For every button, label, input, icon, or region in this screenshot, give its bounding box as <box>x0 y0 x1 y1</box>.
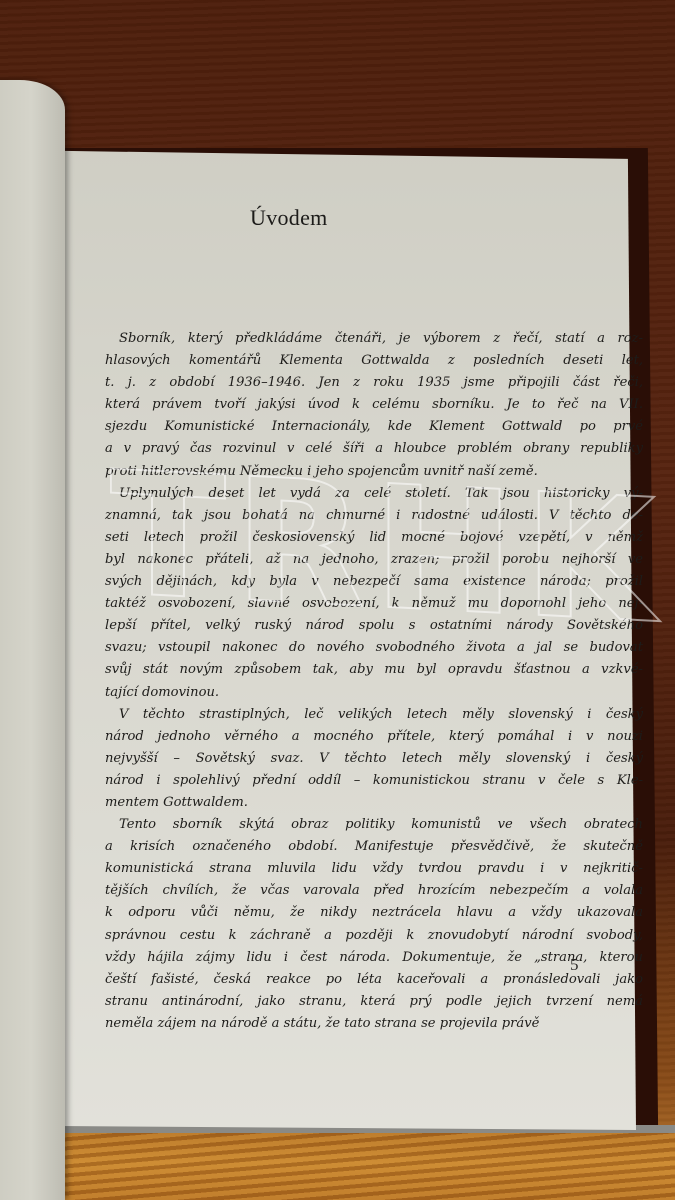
text-line: Tento sborník skýtá obraz politiky komun… <box>105 814 643 836</box>
text-line: svůj stát novým způsobem tak, aby mu byl… <box>105 659 643 681</box>
paragraph: Tento sborník skýtá obraz politiky komun… <box>105 814 643 1035</box>
text-line: která právem tvoří jakýsi úvod k celému … <box>105 394 643 416</box>
paragraph: V těchto strastiplných, leč velikých let… <box>105 704 643 814</box>
text-line: a v pravý čas rozvinul v celé šíři a hlo… <box>105 438 643 460</box>
text-line: stranu antinárodní, jako stranu, která p… <box>105 991 643 1013</box>
text-line: komunistická strana mluvila lidu vždy tv… <box>105 858 643 880</box>
text-line: t. j. z období 1936–1946. Jen z roku 193… <box>105 372 643 394</box>
paragraph: Uplynulých deset let vydá za celé stolet… <box>105 483 643 704</box>
text-line: tějších chvílích, že včas varovala před … <box>105 880 643 902</box>
text-line: čeští fašisté, česká reakce po léta kace… <box>105 969 643 991</box>
text-line: národ jednoho věrného a mocného přítele,… <box>105 726 643 748</box>
text-line: nejvyšší – Sovětský svaz. V těchto letec… <box>105 748 643 770</box>
text-line: správnou cestu k záchraně a později k zn… <box>105 925 643 947</box>
paragraph: Sborník, který předkládáme čtenáři, je v… <box>105 328 643 483</box>
text-line: sjezdu Komunistické Internacionály, kde … <box>105 416 643 438</box>
text-line: svazu; vstoupil nakonec do nového svobod… <box>105 637 643 659</box>
text-line: Uplynulých deset let vydá za celé stolet… <box>105 483 643 505</box>
text-line: V těchto strastiplných, leč velikých let… <box>105 704 643 726</box>
text-line: neměla zájem na národě a státu, že tato … <box>105 1013 643 1035</box>
text-line: vždy hájila zájmy lidu i čest národa. Do… <box>105 947 643 969</box>
page-title: Úvodem <box>250 205 450 231</box>
text-line: lepší přítel, velký ruský národ spolu s … <box>105 615 643 637</box>
text-line: Sborník, který předkládáme čtenáři, je v… <box>105 328 643 350</box>
text-line: seti letech prožil československý lid mo… <box>105 527 643 549</box>
text-line: mentem Gottwaldem. <box>105 792 643 814</box>
text-line: svých dějinách, kdy byla v nebezpečí sam… <box>105 571 643 593</box>
text-line: národ i spolehlivý přední oddíl – komuni… <box>105 770 643 792</box>
text-line: znamná, tak jsou bohatá na chmurné i rad… <box>105 505 643 527</box>
body-text: Sborník, který předkládáme čtenáři, je v… <box>105 328 643 1035</box>
page-number: 5 <box>570 955 579 975</box>
text-line: hlasových komentářů Klementa Gottwalda z… <box>105 350 643 372</box>
text-line: proti hitlerovskému Německu i jeho spoje… <box>105 461 643 483</box>
left-page-edge <box>0 80 65 1200</box>
text-line: k odporu vůči němu, že nikdy neztrácela … <box>105 902 643 924</box>
text-line: tající domovinou. <box>105 682 643 704</box>
text-line: taktéž osvobození, slavné osvobození, k … <box>105 593 643 615</box>
text-line: a krisích označeného období. Manifestuje… <box>105 836 643 858</box>
text-line: byl nakonec přáteli, až na jednoho, zraz… <box>105 549 643 571</box>
page-content: Úvodem Sborník, který předkládáme čtenář… <box>105 0 645 1200</box>
